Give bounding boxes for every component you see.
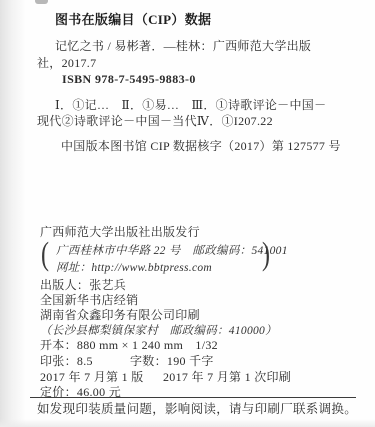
- publisher-line: 广西师范大学出版社出版发行: [40, 226, 200, 239]
- printing-value: 2017 年 7 月第 1 次印刷: [163, 371, 291, 384]
- distribution-line: 全国新华书店经销: [40, 294, 138, 307]
- footer-divider: [30, 397, 356, 398]
- cip-heading: 图书在版编目（CIP）数据: [55, 13, 211, 26]
- cip-entry-line1: 记忆之书 / 易彬著．—桂林：广西师范大学出版: [55, 40, 311, 53]
- edition-value: 2017 年 7 月第 1 版: [40, 371, 144, 384]
- issuer-line: 出版人：张艺兵: [40, 279, 126, 292]
- copyright-page: 图书在版编目（CIP）数据 记忆之书 / 易彬著．—桂林：广西师范大学出版 社，…: [0, 0, 375, 427]
- sheets-value: 印张：8.5: [40, 355, 93, 368]
- cip-entry-line2: 社，2017.7: [37, 57, 96, 70]
- word-count-value: 字数：190 千字: [130, 355, 214, 368]
- quality-notice: 如发现印装质量问题，影响阅读，请与印刷厂联系调换。: [37, 403, 357, 416]
- printer-address: （长沙县榔梨镇保家村 邮政编码：410000）: [40, 325, 277, 338]
- cip-classification-line2: 现代②诗歌评论－中国－当代Ⅳ．①I207.22: [37, 115, 273, 128]
- cip-classification-line1: Ⅰ．①记… Ⅱ．①易… Ⅲ．①诗歌评论－中国－: [55, 99, 326, 112]
- scan-shadow-bottom: [0, 419, 375, 427]
- scan-shadow-left: [0, 0, 26, 427]
- format-line: 开本：880 mm × 1 240 mm 1/32: [40, 339, 218, 352]
- isbn-number: ISBN 978-7-5495-9883-0: [62, 73, 196, 86]
- scan-smudge: [35, 0, 48, 4]
- cip-registry-number: 中国版本图书馆 CIP 数据核字（2017）第 127577 号: [61, 140, 341, 153]
- printer-line: 湖南省众鑫印务有限公司印刷: [40, 309, 200, 322]
- publisher-address: 广西桂林市中华路 22 号 邮政编码：541001: [56, 245, 288, 258]
- publisher-website: 网址：http://www.bbtpress.com: [56, 262, 212, 275]
- address-paren-left: (: [41, 239, 49, 271]
